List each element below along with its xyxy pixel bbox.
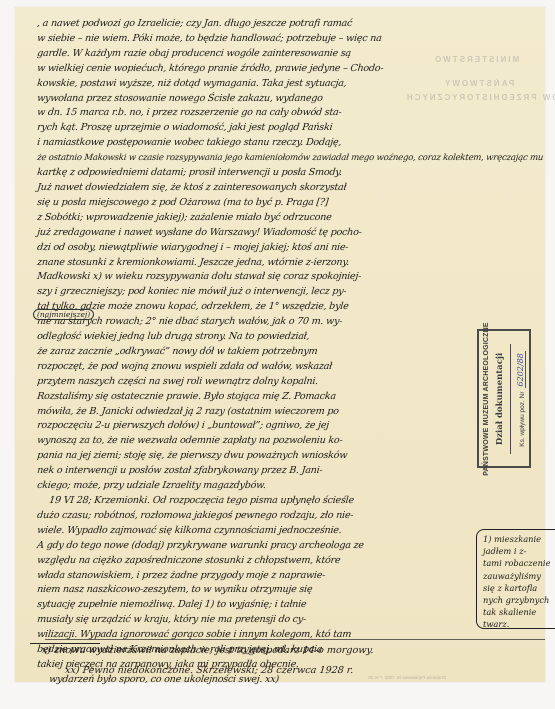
body-line: się u posła miejscowego z pod Ożarowa (m… xyxy=(36,196,438,211)
footnote-2: xx) Pewno niedokończone. Skrzelewski; 28… xyxy=(64,665,354,676)
letter-page: MINISTERSTWO PAŃSTWOWY ZABYTKÓW PRZEDHIS… xyxy=(15,7,545,682)
margin-note-line: tak skalienie xyxy=(483,606,555,618)
stamp-inventory-label: Ks. wpływu poz. Nr xyxy=(519,391,526,446)
body-line: nie na starych rowach; 2° nie dbać stary… xyxy=(36,315,438,330)
body-line: w siebie – nie wiem. Póki może, to będzi… xyxy=(36,32,438,47)
body-line: wynoszą za to, że nie wezwała odemnie za… xyxy=(36,434,438,449)
stamp-inventory-number: 6202/88 xyxy=(516,351,526,388)
stamp-inventory-row: Ks. wpływu poz. Nr 6202/88 xyxy=(516,351,526,447)
letterhead-bleed-panstwowy: PAŃSTWOWY xyxy=(443,79,514,88)
dated-entry-line: wilizacji. Wypada ignorować gorąco sobie… xyxy=(36,628,438,643)
margin-note-line: zauważyliśmy xyxy=(483,570,555,582)
museum-stamp: PAŃSTWOWE MUZEUM ARCHEOLOGICZNE Dział do… xyxy=(477,329,531,468)
footnote-separator xyxy=(30,643,100,644)
body-line: szy i grzeczniejszy; pod koniec nie mówi… xyxy=(36,285,438,300)
body-line: nek o interwencji u posłów został zfabry… xyxy=(36,464,438,479)
body-line: gardle. W każdym razie obaj producenci w… xyxy=(36,47,438,62)
body-line: Madkowski x) w wieku rozsypywania dołu s… xyxy=(36,270,438,285)
stamp-divider xyxy=(510,344,511,454)
body-line: ckiego; może, przy udziale Izraelity mag… xyxy=(36,479,438,494)
body-line: , a nawet podwozi go Izraelicie; czy Jan… xyxy=(36,17,438,32)
dated-entry-line: niem nasz naszkicowo-zeszytem, to w wyni… xyxy=(36,583,438,598)
margin-note-line: się z kartofla xyxy=(483,582,555,594)
body-line: Rozstaliśmy się ostatecznie prawie. Było… xyxy=(36,390,438,405)
body-line: odległość wiekiej jedną lub drugą strony… xyxy=(36,330,438,345)
body-line: znane stosunki z kremionkowiami. Jeszcze… xyxy=(36,256,438,271)
page-bottom-rule xyxy=(45,639,545,640)
dated-entry-line: dużo czasu; robótnoś, rozłomowa jakiegoś… xyxy=(36,509,438,524)
stamp-museum-name: PAŃSTWOWE MUZEUM ARCHEOLOGICZNE xyxy=(483,322,490,476)
body-line: w wielkiej cenie wopiećuch, którego pran… xyxy=(36,62,438,77)
stamp-department: Dział dokumentacji xyxy=(495,352,505,444)
margin-note-line: jadłem i z- xyxy=(483,545,555,557)
left-margin-note: (najmniejszej) xyxy=(33,309,94,320)
body-line: w dn. 15 marca r.b. no, i przez rozszerz… xyxy=(36,106,438,121)
body-line: z Sobótki; wprowadzenie jakiej); zażalen… xyxy=(36,211,438,226)
dated-entry-line: sytuację zupełnie niemożliwą. Dalej 1) t… xyxy=(36,598,438,613)
letterhead-bleed-ministerstwo: MINISTERSTWO xyxy=(433,55,519,64)
body-line: rozpoczęciu 2-u pierwszych dołów) i „bun… xyxy=(36,419,438,434)
body-line: że zaraz zacznie „odkrywać” nowy dół w t… xyxy=(36,345,438,360)
dated-entry-line: włada stanowiskiem, i przez żadne przygo… xyxy=(36,569,438,584)
body-line: dzi od osoby, niewątpliwie wiarygodnej i… xyxy=(36,241,438,256)
body-line: tał tylko, gdzie może znowu kopać, odrze… xyxy=(36,300,438,315)
dated-entry-line: 19 VI 28; Krzemionki. Od rozpoczęcia teg… xyxy=(36,494,438,509)
dated-entry-line: musiały się urządzić w kraju, który nie … xyxy=(36,613,438,628)
body-line: kartkę z odpowiedniemi datami; prosił in… xyxy=(36,166,438,181)
printer-imprint: Drukarnia Państwowa Nr 7302. 7 VI 28. xyxy=(367,675,446,680)
dated-entry-line: względu na ciężko zapośredniczone stosun… xyxy=(36,554,438,569)
body-line: Już nawet dowiedziałem się, że ktoś z za… xyxy=(36,181,438,196)
body-line: że ostatnio Makowski w czasie rozsypywan… xyxy=(36,151,438,166)
footnote-1: x) znowu wydzierżawił na zapłacie; jest … xyxy=(41,645,374,656)
body-line: już zredagowane i nawet wysłane do Warsz… xyxy=(36,226,438,241)
margin-note-line: 1) mieszkanie xyxy=(483,533,555,545)
body-line: przytem naszych części na swej roli wewn… xyxy=(36,375,438,390)
body-line: kowskie, postawi wyższe, niż dotąd wymag… xyxy=(36,77,438,92)
body-line: rozpoczęt, że pod wojną znowu wspieli zd… xyxy=(36,360,438,375)
body-line: mówiła, że B. Janicki odwiedzał ją 2 raz… xyxy=(36,405,438,420)
body-line: rych kąt. Proszę uprzejmie o wiadomość, … xyxy=(36,121,438,136)
dated-entry-line: wiele. Wypadło zajmować się kilkoma czyn… xyxy=(36,524,438,539)
right-margin-note: 1) mieszkanie jadłem i z- tami robaczeni… xyxy=(476,529,555,629)
margin-note-line: tami robaczenie xyxy=(483,557,555,569)
margin-note-line: twarz. xyxy=(483,618,555,630)
body-line: pania na jej ziemi; stoję się, że pierws… xyxy=(36,449,438,464)
body-line: wywołana przez stosowanie nowego Ścisłe … xyxy=(36,92,438,107)
body-line: i namiastkowe postępowanie wobec takiego… xyxy=(36,136,438,151)
dated-entry-line: A gdy do tego nowe (dodaj) przykrywane w… xyxy=(36,539,438,554)
letter-body: , a nawet podwozi go Izraelicie; czy Jan… xyxy=(37,17,437,688)
margin-note-line: nych grzybnych xyxy=(483,594,555,606)
